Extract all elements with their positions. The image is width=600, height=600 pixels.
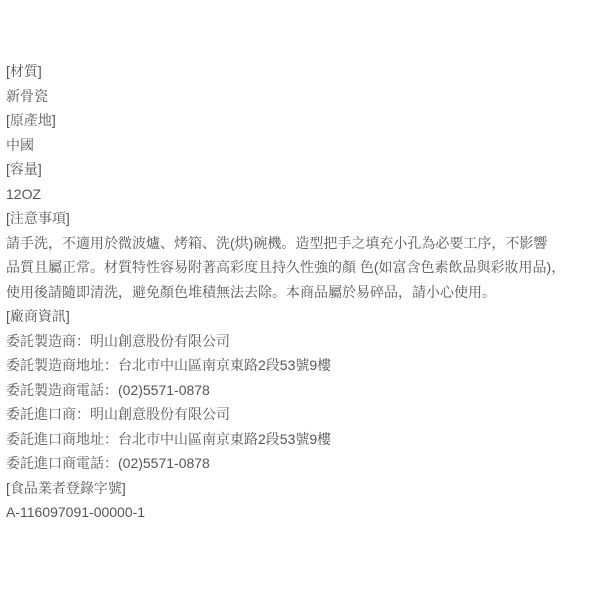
vendor-heading: [廠商資訊]: [6, 304, 596, 329]
importer-address: 委託進口商地址：台北市中山區南京東路2段53號9樓: [6, 427, 596, 452]
notes-line-2: 品質且屬正常。材質特性容易附著高彩度且持久性強的顏 色(如富含色素飲品與彩妝用品…: [6, 255, 596, 280]
manufacturer-name: 委託製造商：明山創意股份有限公司: [6, 329, 596, 354]
product-spec-document: [材質] 新骨瓷 [原產地] 中國 [容量] 12OZ [注意事項] 請手洗，不…: [6, 59, 596, 525]
manufacturer-address: 委託製造商地址：台北市中山區南京東路2段53號9樓: [6, 353, 596, 378]
manufacturer-phone: 委託製造商電話：(02)5571-0878: [6, 378, 596, 403]
registration-heading: [食品業者登錄字號]: [6, 476, 596, 501]
importer-phone: 委託進口商電話：(02)5571-0878: [6, 451, 596, 476]
material-heading: [材質]: [6, 59, 596, 84]
importer-name: 委託進口商：明山創意股份有限公司: [6, 402, 596, 427]
notes-heading: [注意事項]: [6, 206, 596, 231]
origin-heading: [原產地]: [6, 108, 596, 133]
material-value: 新骨瓷: [6, 84, 596, 109]
registration-number: A-116097091-00000-1: [6, 500, 596, 525]
capacity-heading: [容量]: [6, 157, 596, 182]
origin-value: 中國: [6, 133, 596, 158]
notes-line-1: 請手洗，不適用於微波爐、烤箱、洗(烘)碗機。造型把手之填充小孔為必要工序，不影響: [6, 231, 596, 256]
notes-line-3: 使用後請隨即清洗，避免顏色堆積無法去除。本商品屬於易碎品，請小心使用。: [6, 280, 596, 305]
capacity-value: 12OZ: [6, 182, 596, 207]
